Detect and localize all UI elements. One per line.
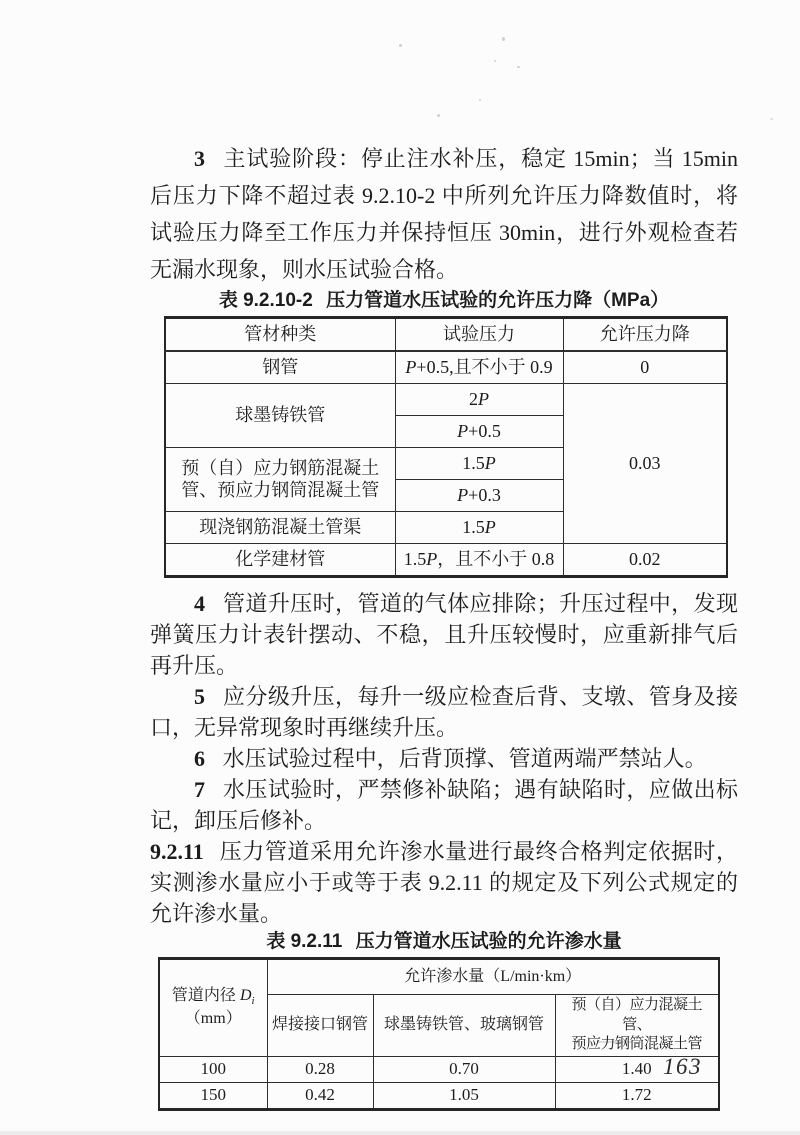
t1-pressure-ductile-b: P+0.5 bbox=[395, 416, 563, 448]
t1-drop-chemical: 0.02 bbox=[563, 544, 727, 577]
scan-speck bbox=[502, 37, 505, 41]
clause-text: 应分级升压，每升一级应检查后背、支墩、管身及接口，无异常现象时再继续升压。 bbox=[150, 684, 738, 740]
clause-text: 水压试验时，严禁修补缺陷；遇有缺陷时，应做出标记，卸压后修补。 bbox=[150, 777, 738, 833]
pressure-drop-table: 管材种类 试验压力 允许压力降 钢管 P+0.5,且不小于 0.9 0 球墨铸铁… bbox=[164, 316, 728, 578]
t1-material-chemical: 化学建材管 bbox=[165, 544, 395, 577]
t2-value-150-welded: 0.42 bbox=[267, 1082, 373, 1109]
table1-caption-title: 压力管道水压试验的允许压力降（MPa） bbox=[326, 290, 669, 311]
t1-pressure-prestressed-a: 1.5P bbox=[395, 448, 563, 480]
clause-text: 管道升压时，管道的气体应排除；升压过程中，发现弹簧压力计表针摆动、不稳，且升压较… bbox=[150, 591, 738, 678]
t2-value-150-ductile: 1.05 bbox=[373, 1082, 555, 1109]
t1-pressure-ductile-a: 2P bbox=[395, 384, 563, 416]
clause-number: 7 bbox=[194, 777, 205, 802]
t1-header-pressure: 试验压力 bbox=[395, 318, 563, 352]
t1-material-ductile-iron: 球墨铸铁管 bbox=[165, 384, 395, 448]
t1-drop-steel: 0 bbox=[563, 351, 727, 384]
section-text: 压力管道采用允许渗水量进行最终合格判定依据时，实测渗水量应小于或等于表 9.2.… bbox=[150, 839, 738, 926]
paragraph-4: 4管道升压时，管道的气体应排除；升压过程中，发现弹簧压力计表针摆动、不稳，且升压… bbox=[150, 588, 738, 681]
page-bottom-shadow bbox=[0, 1131, 800, 1135]
table-row: 150 0.42 1.05 1.72 bbox=[159, 1082, 719, 1109]
table-row: 管道内径 Di（mm） 允许渗水量（L/min·km） bbox=[159, 959, 719, 995]
document-page: 3主试验阶段：停止注水补压，稳定 15min；当 15min 后压力下降不超过表… bbox=[0, 0, 800, 1135]
t2-diameter-symbol: D bbox=[240, 987, 252, 1004]
t2-diameter-unit: （mm） bbox=[185, 1010, 242, 1027]
table-row: 钢管 P+0.5,且不小于 0.9 0 bbox=[165, 351, 727, 384]
table-row: 100 0.28 0.70 1.40 bbox=[159, 1056, 719, 1082]
scan-speck bbox=[399, 44, 402, 47]
t2-header-prestressed: 预（自）应力混凝土管、预应力钢筒混凝土管 bbox=[555, 995, 719, 1057]
page-number: 163 bbox=[663, 1054, 702, 1080]
table-row: 管材种类 试验压力 允许压力降 bbox=[165, 318, 727, 352]
section-number: 9.2.11 bbox=[150, 839, 204, 864]
clause-number: 4 bbox=[194, 591, 205, 616]
t1-pressure-cast: 1.5P bbox=[395, 512, 563, 544]
paragraph-7: 7水压试验时，严禁修补缺陷；遇有缺陷时，应做出标记，卸压后修补。 bbox=[150, 774, 738, 836]
scan-speck bbox=[479, 99, 481, 101]
t1-material-steel: 钢管 bbox=[165, 351, 395, 384]
table1-caption-label: 表 9.2.10-2 bbox=[219, 290, 313, 311]
paragraph-3: 3主试验阶段：停止注水补压，稳定 15min；当 15min 后压力下降不超过表… bbox=[150, 140, 738, 288]
t2-diameter-label: 管道内径 bbox=[172, 987, 240, 1004]
t1-drop-merged: 0.03 bbox=[563, 384, 727, 544]
t1-material-prestressed-line2: 管、预应力钢筒混凝土管 bbox=[181, 480, 379, 500]
scan-speck bbox=[517, 66, 520, 68]
t2-header-prestressed-line1: 预（自）应力混凝土管、 bbox=[571, 997, 702, 1033]
t1-material-cast-concrete: 现浇钢筋混凝土管渠 bbox=[165, 512, 395, 544]
clause-number: 6 bbox=[194, 746, 205, 771]
table2-caption-label: 表 9.2.11 bbox=[266, 931, 342, 952]
t1-material-prestressed-line1: 预（自）应力钢筋混凝土 bbox=[181, 458, 379, 478]
t2-value-150-prestressed: 1.72 bbox=[555, 1082, 719, 1109]
table2-caption-title: 压力管道水压试验的允许渗水量 bbox=[356, 931, 622, 952]
t2-value-100-welded: 0.28 bbox=[267, 1056, 373, 1082]
t2-diameter-150: 150 bbox=[159, 1082, 267, 1109]
paragraph-6: 6水压试验过程中，后背顶撑、管道两端严禁站人。 bbox=[150, 743, 738, 774]
t1-pressure-prestressed-b: P+0.3 bbox=[395, 480, 563, 512]
t1-pressure-steel: P+0.5,且不小于 0.9 bbox=[395, 351, 563, 384]
t2-header-diameter: 管道内径 Di（mm） bbox=[159, 959, 267, 1057]
t2-diameter-subscript: i bbox=[252, 995, 255, 1007]
scan-speck bbox=[494, 60, 496, 62]
scan-speck bbox=[770, 118, 773, 120]
clause-number: 3 bbox=[194, 146, 205, 171]
page-content: 3主试验阶段：停止注水补压，稳定 15min；当 15min 后压力下降不超过表… bbox=[150, 140, 738, 1111]
section-9-2-11: 9.2.11压力管道采用允许渗水量进行最终合格判定依据时，实测渗水量应小于或等于… bbox=[150, 836, 738, 929]
t1-header-drop: 允许压力降 bbox=[563, 318, 727, 352]
t2-header-ductile-glass: 球墨铸铁管、玻璃钢管 bbox=[373, 995, 555, 1057]
t2-header-group: 允许渗水量（L/min·km） bbox=[267, 959, 719, 995]
clause-number: 5 bbox=[194, 684, 205, 709]
seepage-table: 管道内径 Di（mm） 允许渗水量（L/min·km） 焊接接口钢管 球墨铸铁管… bbox=[158, 957, 720, 1111]
t2-diameter-100: 100 bbox=[159, 1056, 267, 1082]
clause-text: 主试验阶段：停止注水补压，稳定 15min；当 15min 后压力下降不超过表 … bbox=[150, 146, 738, 282]
t2-header-welded-steel: 焊接接口钢管 bbox=[267, 995, 373, 1057]
table-row: 化学建材管 1.5P，且不小于 0.8 0.02 bbox=[165, 544, 727, 577]
scan-speck bbox=[437, 114, 440, 117]
table1-caption: 表 9.2.10-2压力管道水压试验的允许压力降（MPa） bbox=[150, 290, 738, 312]
paragraph-5: 5应分级升压，每升一级应检查后背、支墩、管身及接口，无异常现象时再继续升压。 bbox=[150, 681, 738, 743]
t1-material-prestressed: 预（自）应力钢筋混凝土管、预应力钢筒混凝土管 bbox=[165, 448, 395, 512]
clause-text: 水压试验过程中，后背顶撑、管道两端严禁站人。 bbox=[223, 746, 707, 771]
t1-header-material: 管材种类 bbox=[165, 318, 395, 352]
t1-pressure-chemical: 1.5P，且不小于 0.8 bbox=[395, 544, 563, 577]
table-row: 球墨铸铁管 2P 0.03 bbox=[165, 384, 727, 416]
table2-caption: 表 9.2.11压力管道水压试验的允许渗水量 bbox=[150, 931, 738, 953]
t2-value-100-ductile: 0.70 bbox=[373, 1056, 555, 1082]
t2-header-prestressed-line2: 预应力钢筒混凝土管 bbox=[571, 1036, 702, 1052]
